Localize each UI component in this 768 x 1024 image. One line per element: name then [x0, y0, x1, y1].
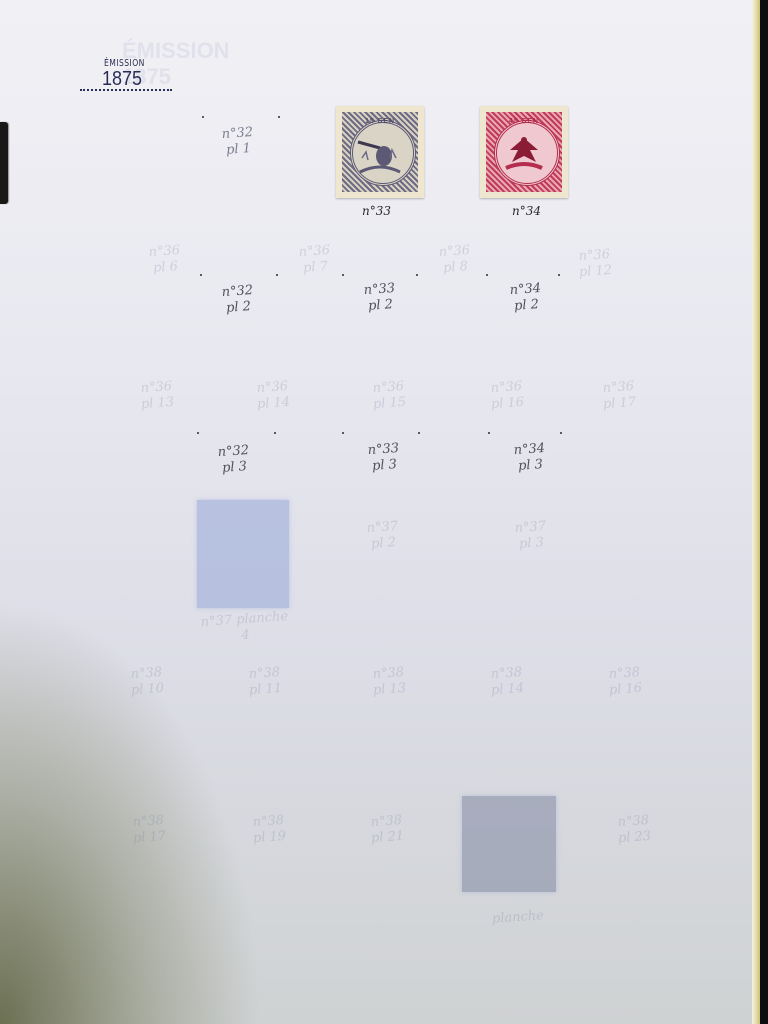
show-through-label: n°36pl 17: [593, 378, 645, 413]
corner-mark: [197, 432, 199, 434]
corner-mark: [342, 274, 344, 276]
corner-mark: [416, 274, 418, 276]
handwritten-text: pl 3: [502, 456, 559, 476]
corner-mark: [202, 116, 204, 118]
stamp-45-sen-carmine[interactable]: 45 SEN: [480, 106, 568, 198]
corner-mark: [276, 274, 278, 276]
emission-header: ÉMISSION 1875: [80, 58, 172, 91]
show-through-label: n°36pl 7: [289, 242, 341, 277]
corner-mark: [560, 432, 562, 434]
handwritten-text: pl 3: [206, 458, 263, 478]
handwritten-text: pl 11: [240, 680, 291, 699]
album-binder-ring: [0, 122, 8, 204]
show-through-label: n°37 planche 4: [199, 609, 291, 647]
album-page: ÉMISSION1875 ÉMISSION 1875 n°32 pl 1 15 …: [0, 0, 760, 1024]
show-through-label: n°36pl 15: [363, 378, 415, 413]
stamp-caption: n°34: [512, 204, 541, 218]
stamp-denomination: 45 SEN: [480, 118, 568, 125]
handwritten-text: pl 23: [606, 828, 663, 848]
empty-slot-label: n°32pl 3: [205, 442, 263, 478]
show-through-label: n°36pl 16: [481, 378, 533, 413]
show-through-stamp: [462, 796, 556, 892]
corner-mark: [200, 274, 202, 276]
empty-slot-label: n°34pl 2: [497, 280, 555, 316]
show-through-label: n°38pl 19: [243, 812, 295, 847]
show-through-label: n°36pl 12: [569, 246, 621, 281]
handwritten-text: pl 19: [244, 828, 295, 847]
show-through-label: n°38pl 11: [239, 664, 291, 699]
show-through-stamp: [197, 500, 289, 608]
eagle-icon: [498, 128, 550, 178]
empty-slot-label: n°34pl 3: [501, 440, 559, 476]
show-through-label: n°36pl 14: [247, 378, 299, 413]
corner-mark: [558, 274, 560, 276]
show-through-label: planche: [478, 907, 559, 929]
handwritten-text: pl 7: [290, 258, 341, 277]
show-through-label: n°36pl 6: [139, 242, 191, 277]
handwritten-text: pl 2: [358, 534, 409, 553]
show-through-label: n°38pl 10: [121, 664, 173, 699]
goose-icon: [354, 128, 406, 178]
show-through-label: n°36pl 13: [131, 378, 183, 413]
page-edge: [752, 0, 760, 1024]
corner-mark: [488, 432, 490, 434]
empty-slot-label: n°32 pl 1: [207, 124, 269, 160]
handwritten-text: pl 13: [364, 680, 415, 699]
show-through-label: n°38pl 13: [363, 664, 415, 699]
show-through-label: n°36pl 8: [429, 242, 481, 277]
handwritten-text: pl 8: [430, 258, 481, 277]
handwritten-text: pl 2: [498, 296, 555, 316]
stamp-caption: n°33: [362, 204, 391, 218]
empty-slot-label: n°33pl 3: [355, 440, 413, 476]
handwritten-text: pl 17: [594, 394, 645, 413]
stamp-denomination: 15 SEN: [336, 118, 424, 125]
emission-year: 1875: [102, 69, 165, 89]
handwritten-text: pl 12: [570, 262, 621, 281]
show-through-label: n°37pl 3: [505, 518, 557, 553]
handwritten-text: pl 16: [600, 680, 651, 699]
corner-mark: [274, 432, 276, 434]
show-through-label: n°37pl 2: [357, 518, 409, 553]
show-through-label: n°38pl 23: [605, 812, 663, 848]
handwritten-text: pl 3: [356, 456, 413, 476]
corner-mark: [278, 116, 280, 118]
handwritten-text: pl 3: [506, 534, 557, 553]
handwritten-text: pl 16: [482, 394, 533, 413]
show-through-label: n°38pl 16: [599, 664, 651, 699]
handwritten-text: pl 10: [122, 680, 173, 699]
handwritten-text: pl 14: [482, 680, 533, 699]
corner-mark: [342, 432, 344, 434]
handwritten-text: pl 17: [124, 828, 175, 847]
handwritten-text: pl 21: [362, 828, 413, 847]
corner-mark: [418, 432, 420, 434]
handwritten-text: pl 2: [210, 298, 267, 318]
handwritten-text: pl 2: [352, 296, 409, 316]
empty-slot-label: n°33pl 2: [351, 280, 409, 316]
handwritten-text: pl 13: [132, 394, 183, 413]
show-through-label: n°38pl 14: [481, 664, 533, 699]
handwritten-text: pl 15: [364, 394, 415, 413]
show-through-label: n°38pl 21: [361, 812, 413, 847]
corner-mark: [486, 274, 488, 276]
empty-slot-label: n°32pl 2: [209, 282, 267, 318]
stamp-15-sen-grey[interactable]: 15 SEN: [336, 106, 424, 198]
handwritten-text: pl 6: [140, 258, 191, 277]
handwritten-text: pl 14: [248, 394, 299, 413]
plate-number: pl 1: [208, 140, 269, 160]
show-through-label: n°38pl 17: [123, 812, 175, 847]
